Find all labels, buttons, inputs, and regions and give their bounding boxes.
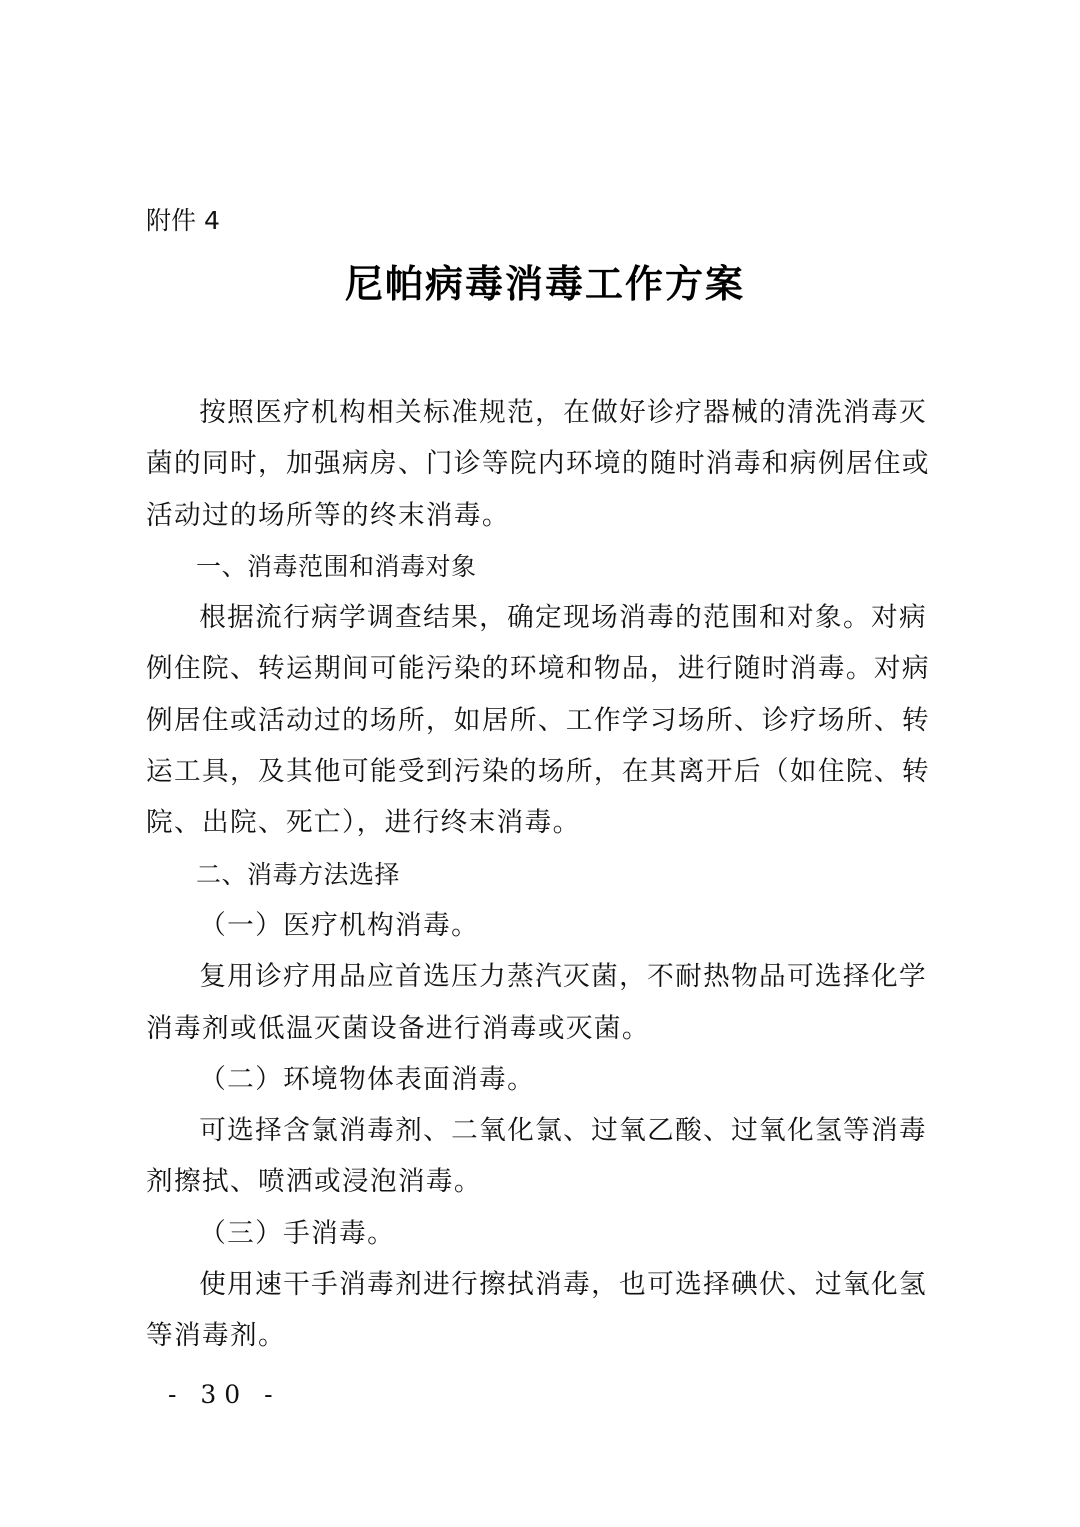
page-number: - 30 - (168, 1377, 281, 1413)
subsection-3-heading: （三）手消毒。 (146, 1208, 946, 1259)
section-1-paragraph: 根据流行病学调查结果，确定现场消毒的范围和对象。对病例住院、转运期间可能污染的环… (146, 592, 946, 848)
document-title: 尼帕病毒消毒工作方案 (0, 256, 1080, 312)
subsection-1-heading: （一）医疗机构消毒。 (146, 900, 946, 951)
subsection-2-heading: （二）环境物体表面消毒。 (146, 1054, 946, 1105)
attachment-label: 附件 4 (146, 203, 220, 239)
intro-paragraph: 按照医疗机构相关标准规范，在做好诊疗器械的清洗消毒灭菌的同时，加强病房、门诊等院… (146, 387, 946, 541)
section-2-heading: 二、消毒方法选择 (146, 849, 946, 900)
section-1-heading: 一、消毒范围和消毒对象 (146, 541, 946, 592)
subsection-2-paragraph: 可选择含氯消毒剂、二氧化氯、过氧乙酸、过氧化氢等消毒剂擦拭、喷洒或浸泡消毒。 (146, 1105, 946, 1208)
document-body: 按照医疗机构相关标准规范，在做好诊疗器械的清洗消毒灭菌的同时，加强病房、门诊等院… (146, 387, 946, 1362)
document-page: 附件 4 尼帕病毒消毒工作方案 按照医疗机构相关标准规范，在做好诊疗器械的清洗消… (0, 0, 1080, 1527)
subsection-1-paragraph: 复用诊疗用品应首选压力蒸汽灭菌，不耐热物品可选择化学消毒剂或低温灭菌设备进行消毒… (146, 951, 946, 1054)
subsection-3-paragraph: 使用速干手消毒剂进行擦拭消毒，也可选择碘伏、过氧化氢等消毒剂。 (146, 1259, 946, 1362)
